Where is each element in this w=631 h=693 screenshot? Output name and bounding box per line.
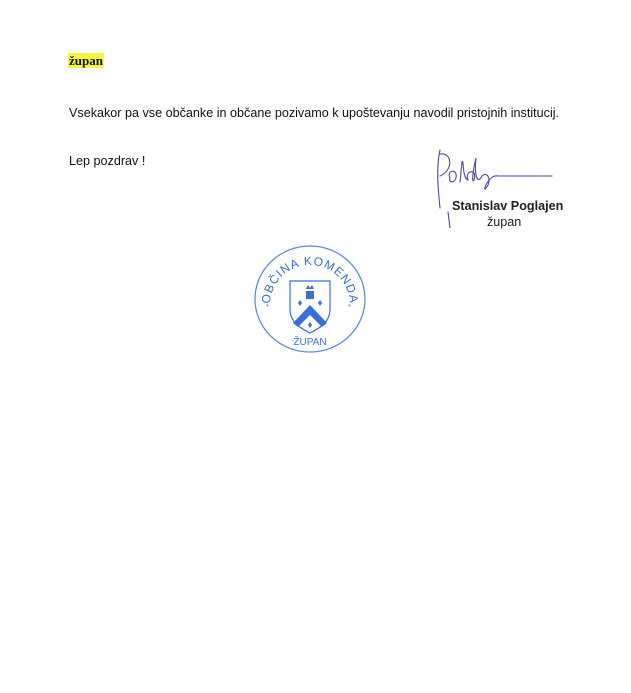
greeting: Lep pozdrav ! bbox=[69, 154, 145, 169]
svg-text:*: * bbox=[266, 304, 269, 311]
stamp-bottom-text: ŽUPAN bbox=[293, 335, 326, 348]
body-paragraph: Vsekakor pa vse občanke in občane poziva… bbox=[69, 106, 559, 121]
highlighted-heading: župan bbox=[68, 53, 104, 68]
official-stamp-icon: OBČINA KOMENDA ŽUPAN * * bbox=[252, 243, 368, 355]
signatory-name: Stanislav Poglajen bbox=[452, 199, 563, 213]
signatory-role: župan bbox=[487, 215, 521, 229]
svg-text:*: * bbox=[348, 304, 351, 311]
